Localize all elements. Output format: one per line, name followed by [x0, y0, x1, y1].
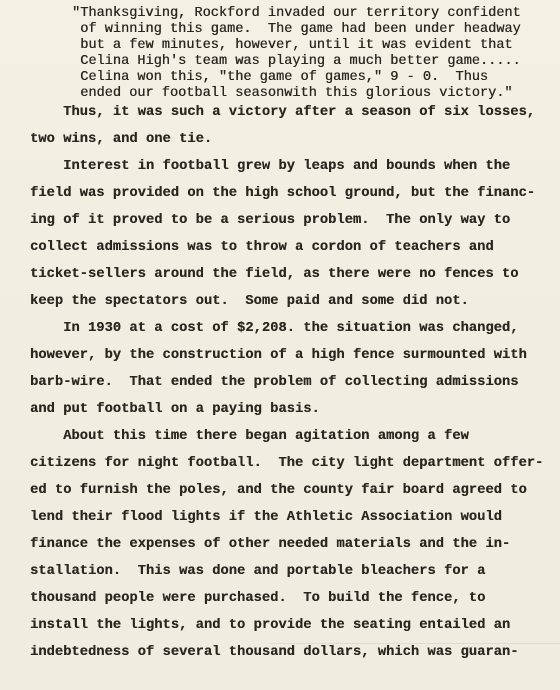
- paragraph-line: and put football on a paying basis.: [30, 402, 320, 417]
- paragraph-line: Thus, it was such a victory after a seas…: [30, 105, 535, 120]
- paragraph-line: indebtedness of several thousand dollars…: [30, 645, 519, 660]
- paragraph-line: barb-wire. That ended the problem of col…: [30, 375, 519, 390]
- paragraph-line: however, by the construction of a high f…: [30, 348, 527, 363]
- paragraph-line: ing of it proved to be a serious problem…: [30, 213, 510, 228]
- paragraph-line: install the lights, and to provide the s…: [30, 618, 510, 633]
- paragraph-line: thousand people were purchased. To build…: [30, 591, 485, 606]
- quote-line: of winning this game. The game had been …: [72, 22, 521, 37]
- paragraph-line: collect admissions was to throw a cordon…: [30, 240, 494, 255]
- quote-line: Celina High's team was playing a much be…: [72, 54, 521, 69]
- quote-line: but a few minutes, however, until it was…: [72, 38, 513, 53]
- paragraph-line: citizens for night football. The city li…: [30, 456, 543, 471]
- paragraph-line: two wins, and one tie.: [30, 132, 212, 147]
- quote-line: "Thanksgiving, Rockford invaded our terr…: [72, 6, 521, 21]
- paragraph-line: lend their flood lights if the Athletic …: [30, 510, 502, 525]
- paragraph-line: ticket-sellers around the field, as ther…: [30, 267, 519, 282]
- paragraph-line: stallation. This was done and portable b…: [30, 564, 485, 579]
- paragraph-line: finance the expenses of other needed mat…: [30, 537, 510, 552]
- quote-line: Celina won this, "the game of games," 9 …: [72, 70, 488, 85]
- paragraph-line: Interest in football grew by leaps and b…: [30, 159, 510, 174]
- paper-bleed-through: [270, 643, 560, 644]
- typewritten-page: "Thanksgiving, Rockford invaded our terr…: [0, 0, 560, 690]
- paragraph-line: keep the spectators out. Some paid and s…: [30, 294, 469, 309]
- paragraph-line: ed to furnish the poles, and the county …: [30, 483, 527, 498]
- quote-line: ended our football seasonwith this glori…: [72, 86, 513, 101]
- paragraph-line: In 1930 at a cost of $2,208. the situati…: [30, 321, 519, 336]
- paragraph-line: field was provided on the high school gr…: [30, 186, 535, 201]
- paragraph-line: About this time there began agitation am…: [30, 429, 469, 444]
